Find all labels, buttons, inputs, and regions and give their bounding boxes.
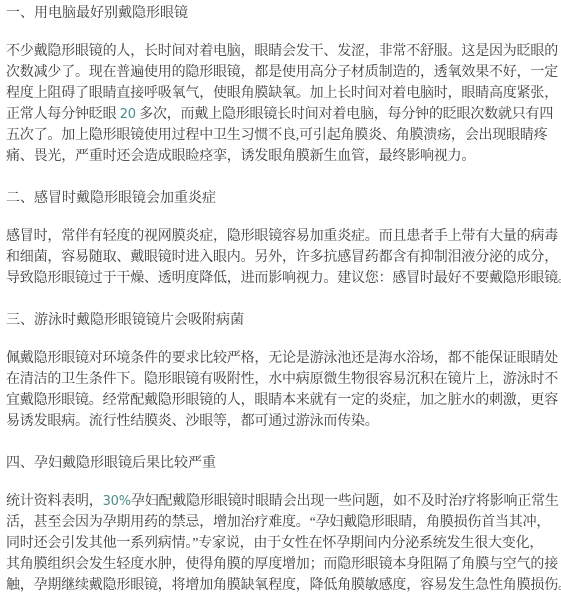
text-segment: 多次，而戴上隐形眼镜长时间对着电脑，每分钟的眨眼次数就只有四 [136,107,553,122]
document-page: { "page": { "background": "#ffffff", "te… [0,0,561,599]
section-paragraph: 统计资料表明，30%孕妇配戴隐形眼镜时眼睛会出现一些问题，如不及时治疗将影响正常… [6,491,561,596]
text-line: 五次了。加上隐形眼镜使用过程中卫生习惯不良,可引起角膜炎、角膜溃疡，会出现眼睛疼 [6,125,561,146]
section-swimming: 三、游泳时戴隐形眼镜镜片会吸附病菌 佩戴隐形眼镜对环境条件的要求比较严格，无论是… [6,310,561,432]
blink-count-number: 20 [120,107,136,122]
section-computer-use: 一、用电脑最好别戴隐形眼镜 不少戴隐形眼镜的人，长时间对着电脑，眼睛会发干、发涩… [6,3,561,167]
pregnant-percentage-number: 30% [103,494,131,509]
text-segment: 孕妇配戴隐形眼镜时眼睛会出现一些问题，如不及时治疗将影响正常生 [131,494,559,509]
section-heading: 二、感冒时戴隐形眼镜会加重炎症 [6,188,561,209]
text-line: 其角膜组织会发生轻度水肿，使得角膜的厚度增加；而隐形眼镜本身阻隔了角膜与空气的接 [6,554,561,575]
text-line: 活，甚至会因为孕期用药的禁忌，增加治疗难度。“孕妇戴隐形眼睛，角膜损伤首当其冲， [6,512,561,533]
text-line: 正常人每分钟眨眼 20 多次，而戴上隐形眼镜长时间对着电脑，每分钟的眨眼次数就只… [6,104,561,125]
text-line: 和细菌，容易随取、戴眼镜时进入眼内。另外，许多抗感冒药都含有抑制泪液分泌的成分， [6,247,561,268]
text-line: 同时还会引发其他一系列病情。”专家说，由于女性在怀孕期间内分泌系统发生很大变化， [6,533,561,554]
text-line: 导致隐形眼镜过于干燥、透明度降低，进而影响视力。建议您：感冒时最好不要戴隐形眼镜… [6,268,561,289]
text-line: 不少戴隐形眼镜的人，长时间对着电脑，眼睛会发干、发涩，非常不舒服。这是因为眨眼的 [6,41,561,62]
section-heading: 三、游泳时戴隐形眼镜镜片会吸附病菌 [6,310,561,331]
text-line: 感冒时，常伴有轻度的视网膜炎症，隐形眼镜容易加重炎症。而且患者手上带有大量的病毒 [6,226,561,247]
section-cold-flu: 二、感冒时戴隐形眼镜会加重炎症 感冒时，常伴有轻度的视网膜炎症，隐形眼镜容易加重… [6,188,561,289]
text-line: 触，孕期继续戴隐形眼镜，将增加角膜缺氧程度，降低角膜敏感度，容易发生急性角膜损伤… [6,575,561,596]
text-segment: 正常人每分钟眨眼 [6,107,120,122]
section-heading: 一、用电脑最好别戴隐形眼镜 [6,3,561,24]
section-paragraph: 感冒时，常伴有轻度的视网膜炎症，隐形眼镜容易加重炎症。而且患者手上带有大量的病毒… [6,226,561,289]
text-line: 宜戴隐形眼镜。经常配戴隐形眼镜的人，眼睛本来就有一定的炎症，加之脏水的刺激，更容 [6,390,561,411]
text-line: 次数减少了。现在普遍使用的隐形眼镜，都是使用高分子材质制造的，透氧效果不好，一定 [6,62,561,83]
text-line: 佩戴隐形眼镜对环境条件的要求比较严格，无论是游泳池还是海水浴场，都不能保证眼睛处 [6,348,561,369]
text-line: 痛、畏光，严重时还会造成眼睑痉挛，诱发眼角膜新生血管，最终影响视力。 [6,146,561,167]
text-segment: 统计资料表明， [6,494,103,509]
section-paragraph: 不少戴隐形眼镜的人，长时间对着电脑，眼睛会发干、发涩，非常不舒服。这是因为眨眼的… [6,41,561,167]
section-paragraph: 佩戴隐形眼镜对环境条件的要求比较严格，无论是游泳池还是海水浴场，都不能保证眼睛处… [6,348,561,432]
section-pregnancy: 四、孕妇戴隐形眼镜后果比较严重 统计资料表明，30%孕妇配戴隐形眼镜时眼睛会出现… [6,453,561,596]
text-line: 程度上阻碍了眼睛直接呼吸氧气，使眼角膜缺氧。加上长时间对着电脑时，眼睛高度紧张， [6,83,561,104]
text-line: 易诱发眼病。流行性结膜炎、沙眼等，都可通过游泳而传染。 [6,411,561,432]
article-body: 一、用电脑最好别戴隐形眼镜 不少戴隐形眼镜的人，长时间对着电脑，眼睛会发干、发涩… [0,0,561,596]
text-line: 在清洁的卫生条件下。隐形眼镜有吸附性，水中病原微生物很容易沉积在镜片上，游泳时不 [6,369,561,390]
section-heading: 四、孕妇戴隐形眼镜后果比较严重 [6,453,561,474]
text-line: 统计资料表明，30%孕妇配戴隐形眼镜时眼睛会出现一些问题，如不及时治疗将影响正常… [6,491,561,512]
